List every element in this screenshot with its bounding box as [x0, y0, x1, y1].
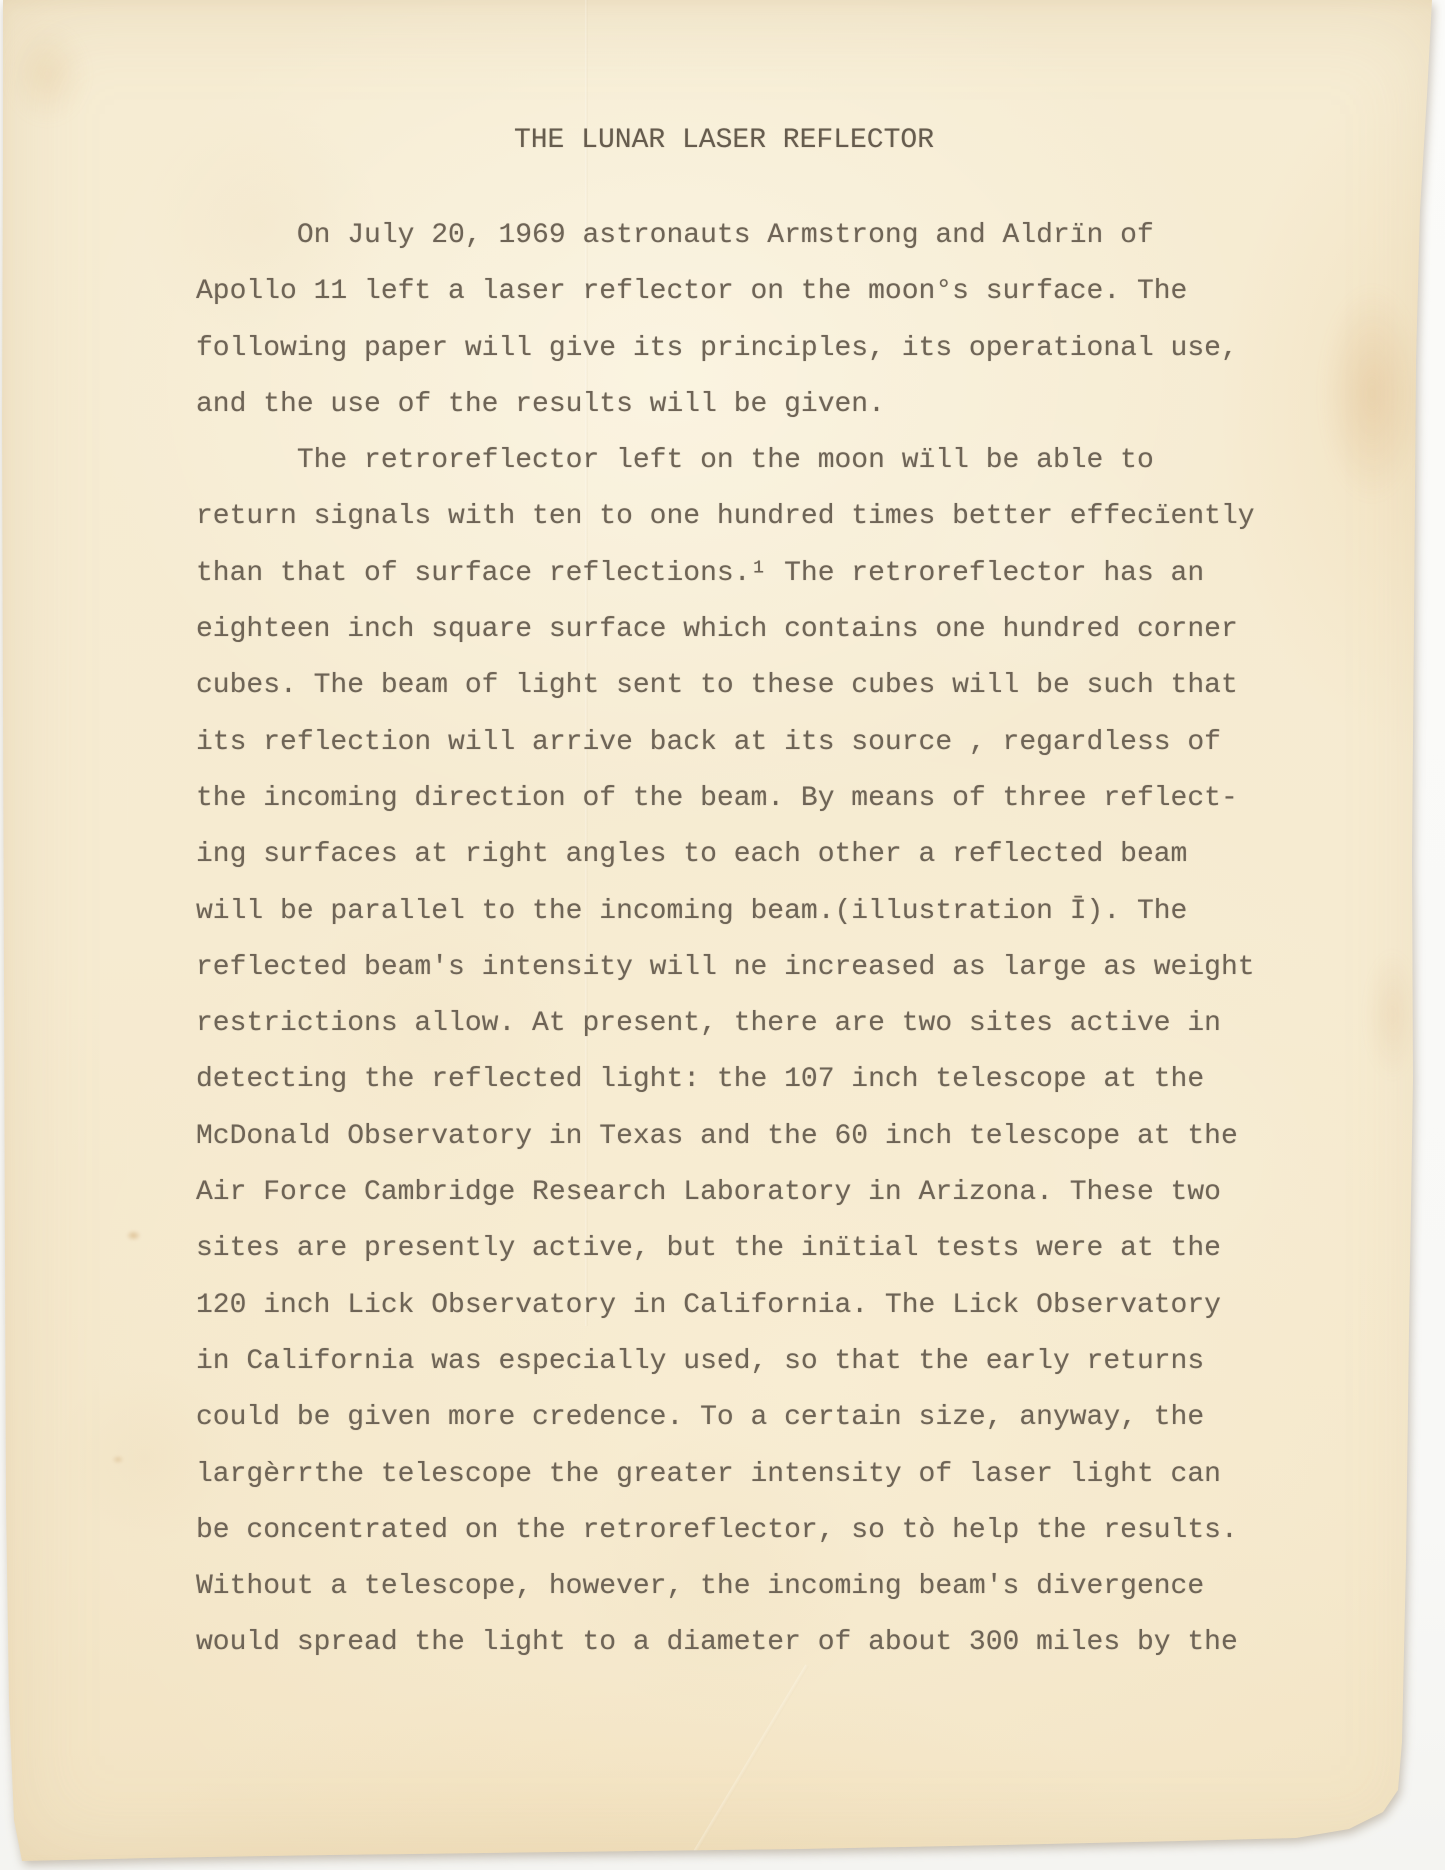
typed-line: Air Force Cambridge Research Laboratory … [196, 1165, 1296, 1221]
typed-line: the incoming direction of the beam. By m… [196, 771, 1296, 827]
typed-line: Apollo 11 left a laser reflector on the … [196, 264, 1296, 320]
paper-sheet: THE LUNAR LASER REFLECTOR On July 20, 19… [0, 0, 1445, 1870]
paper-shadow: THE LUNAR LASER REFLECTOR On July 20, 19… [0, 0, 1445, 1870]
typed-line: will be parallel to the incoming beam.(i… [196, 884, 1296, 940]
typed-line: in California was especially used, so th… [196, 1334, 1296, 1390]
typed-line: and the use of the results will be given… [196, 377, 1296, 433]
typed-line: The retroreflector left on the moon wïll… [196, 433, 1296, 489]
typed-line: largèrrthe telescope the greater intensi… [196, 1447, 1296, 1503]
typed-line: restrictions allow. At present, there ar… [196, 996, 1296, 1052]
typed-line: its reflection will arrive back at its s… [196, 715, 1296, 771]
document-title: THE LUNAR LASER REFLECTOR [196, 126, 1252, 156]
document-body: On July 20, 1969 astronauts Armstrong an… [196, 208, 1296, 1672]
typed-line: would spread the light to a diameter of … [196, 1615, 1296, 1671]
typed-line: sites are presently active, but the inït… [196, 1221, 1296, 1277]
typed-line: eighteen inch square surface which conta… [196, 602, 1296, 658]
typed-line: cubes. The beam of light sent to these c… [196, 658, 1296, 714]
typed-line: Without a telescope, however, the incomi… [196, 1559, 1296, 1615]
typed-line: return signals with ten to one hundred t… [196, 489, 1296, 545]
typed-text-layer: THE LUNAR LASER REFLECTOR On July 20, 19… [0, 0, 1445, 1870]
typed-line: be concentrated on the retroreflector, s… [196, 1503, 1296, 1559]
typed-line: McDonald Observatory in Texas and the 60… [196, 1109, 1296, 1165]
typed-line: than that of surface reflections.¹ The r… [196, 546, 1296, 602]
typed-line: On July 20, 1969 astronauts Armstrong an… [196, 208, 1296, 264]
typed-line: following paper will give its principles… [196, 321, 1296, 377]
typed-line: detecting the reflected light: the 107 i… [196, 1052, 1296, 1108]
typed-line: reflected beam's intensity will ne incre… [196, 940, 1296, 996]
typed-line: ing surfaces at right angles to each oth… [196, 827, 1296, 883]
typed-line: could be given more credence. To a certa… [196, 1390, 1296, 1446]
typed-line: 120 inch Lick Observatory in California.… [196, 1278, 1296, 1334]
